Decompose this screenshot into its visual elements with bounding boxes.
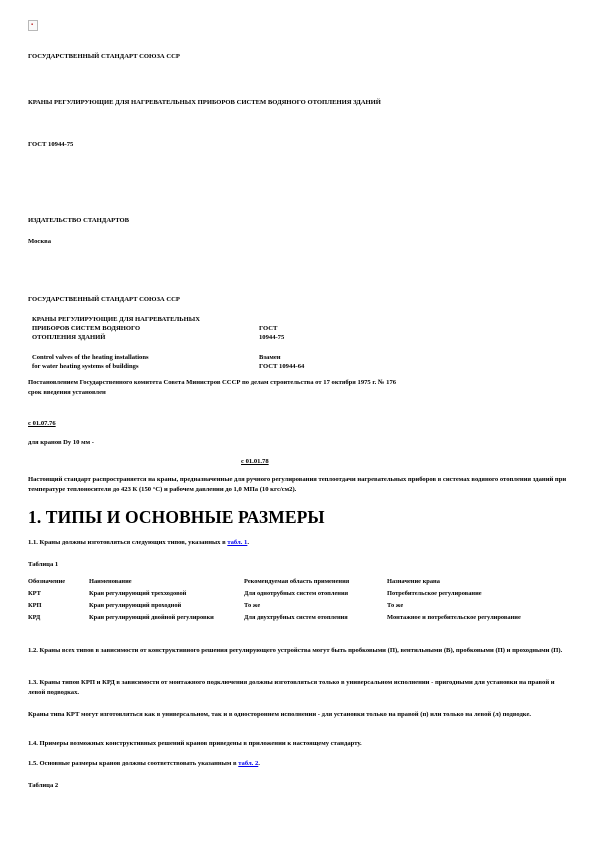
paragraph-1-3b: Краны типа КРТ могут изготовляться как в…	[28, 710, 568, 720]
paragraph-1-2: 1.2. Краны всех типов в зависимости от к…	[28, 646, 568, 656]
table-cell: Кран регулирующий трехходовой	[89, 590, 244, 602]
section-heading: 1. ТИПЫ И ОСНОВНЫЕ РАЗМЕРЫ	[28, 506, 325, 528]
table-cell: Кран регулирующий двойной регулировки	[89, 614, 244, 626]
replaces-value: ГОСТ 10944-64	[259, 362, 304, 371]
gost-label: ГОСТ	[259, 324, 284, 333]
table2-caption: Таблица 2	[28, 781, 58, 790]
dy-note: для кранов Dy 10 мм -	[28, 438, 94, 447]
table-cell: Для двухтрубных систем отопления	[244, 614, 387, 626]
table-header-cell: Наименование	[89, 578, 244, 590]
ru-title-line: ПРИБОРОВ СИСТЕМ ВОДЯНОГО	[32, 324, 200, 333]
title-block-org: ГОСУДАРСТВЕННЫЙ СТАНДАРТ СОЮЗА ССР	[28, 295, 180, 304]
table-cell: КРД	[28, 614, 89, 626]
table-row: КРП Кран регулирующий проходной То же То…	[28, 602, 537, 614]
ru-title-line: ОТОПЛЕНИЯ ЗДАНИЙ	[32, 333, 200, 342]
table-cell: То же	[244, 602, 387, 614]
en-title-line: for water heating systems of buildings	[32, 362, 149, 371]
en-title: Control valves of the heating installati…	[32, 353, 149, 371]
org-title: ГОСУДАРСТВЕННЫЙ СТАНДАРТ СОЮЗА ССР	[28, 52, 180, 61]
paragraph-end: .	[247, 539, 249, 546]
ru-title-line: КРАНЫ РЕГУЛИРУЮЩИЕ ДЛЯ НАГРЕВАТЕЛЬНЫХ	[32, 315, 200, 324]
table-cell: То же	[387, 602, 537, 614]
table-row: КРТ Кран регулирующий трехходовой Для од…	[28, 590, 537, 602]
broken-image-icon: ▪	[28, 20, 38, 31]
table-cell: Для однотрубных систем отопления	[244, 590, 387, 602]
standard-number: ГОСТ 10944-75	[28, 140, 73, 149]
table-2-link[interactable]: табл. 2	[238, 760, 258, 767]
paragraph-1-4: 1.4. Примеры возможных конструктивных ре…	[28, 738, 568, 749]
table1-caption: Таблица 1	[28, 560, 58, 569]
en-title-line: Control valves of the heating installati…	[32, 353, 149, 362]
effective-date-2: с 01.01.78	[241, 457, 269, 466]
paragraph-1-5: 1.5. Основные размеры кранов должны соот…	[28, 758, 568, 769]
doc-title: КРАНЫ РЕГУЛИРУЮЩИЕ ДЛЯ НАГРЕВАТЕЛЬНЫХ ПР…	[28, 98, 381, 107]
publisher: ИЗДАТЕЛЬСТВО СТАНДАРТОВ	[28, 216, 129, 225]
decree-line: срок введения установлен	[28, 388, 568, 398]
table-1: Обозначение Наименование Рекомендуемая о…	[28, 578, 537, 626]
table-header-cell: Обозначение	[28, 578, 89, 590]
table-cell: КРП	[28, 602, 89, 614]
gost-designation: ГОСТ 10944-75	[259, 324, 284, 342]
table-cell: Монтажное и потребительское регулировани…	[387, 614, 537, 626]
replaces: Взамен ГОСТ 10944-64	[259, 353, 304, 371]
city: Москва	[28, 237, 51, 246]
table-cell: Потребительское регулирование	[387, 590, 537, 602]
paragraph-1-3: 1.3. Краны типов КРП и КРД в зависимости…	[28, 678, 568, 698]
paragraph-text: 1.1. Краны должны изготовляться следующи…	[28, 539, 227, 546]
ru-title: КРАНЫ РЕГУЛИРУЮЩИЕ ДЛЯ НАГРЕВАТЕЛЬНЫХ ПР…	[32, 315, 200, 342]
table-row: КРД Кран регулирующий двойной регулировк…	[28, 614, 537, 626]
table-header-cell: Назначение крана	[387, 578, 537, 590]
paragraph-1-1: 1.1. Краны должны изготовляться следующи…	[28, 537, 568, 548]
replaces-label: Взамен	[259, 353, 304, 362]
table-cell: Кран регулирующий проходной	[89, 602, 244, 614]
table-cell: КРТ	[28, 590, 89, 602]
table-header-row: Обозначение Наименование Рекомендуемая о…	[28, 578, 537, 590]
table-header-cell: Рекомендуемая область применения	[244, 578, 387, 590]
decree-text: Постановлением Государственного комитета…	[28, 378, 568, 398]
decree-line: Постановлением Государственного комитета…	[28, 378, 568, 388]
paragraph-text: 1.5. Основные размеры кранов должны соот…	[28, 760, 238, 767]
gost-number: 10944-75	[259, 333, 284, 342]
table-1-link[interactable]: табл. 1	[227, 539, 247, 546]
paragraph-end: .	[258, 760, 260, 767]
scope-paragraph: Настоящий стандарт распространяется на к…	[28, 475, 568, 495]
effective-date-1: с 01.07.76	[28, 419, 56, 428]
